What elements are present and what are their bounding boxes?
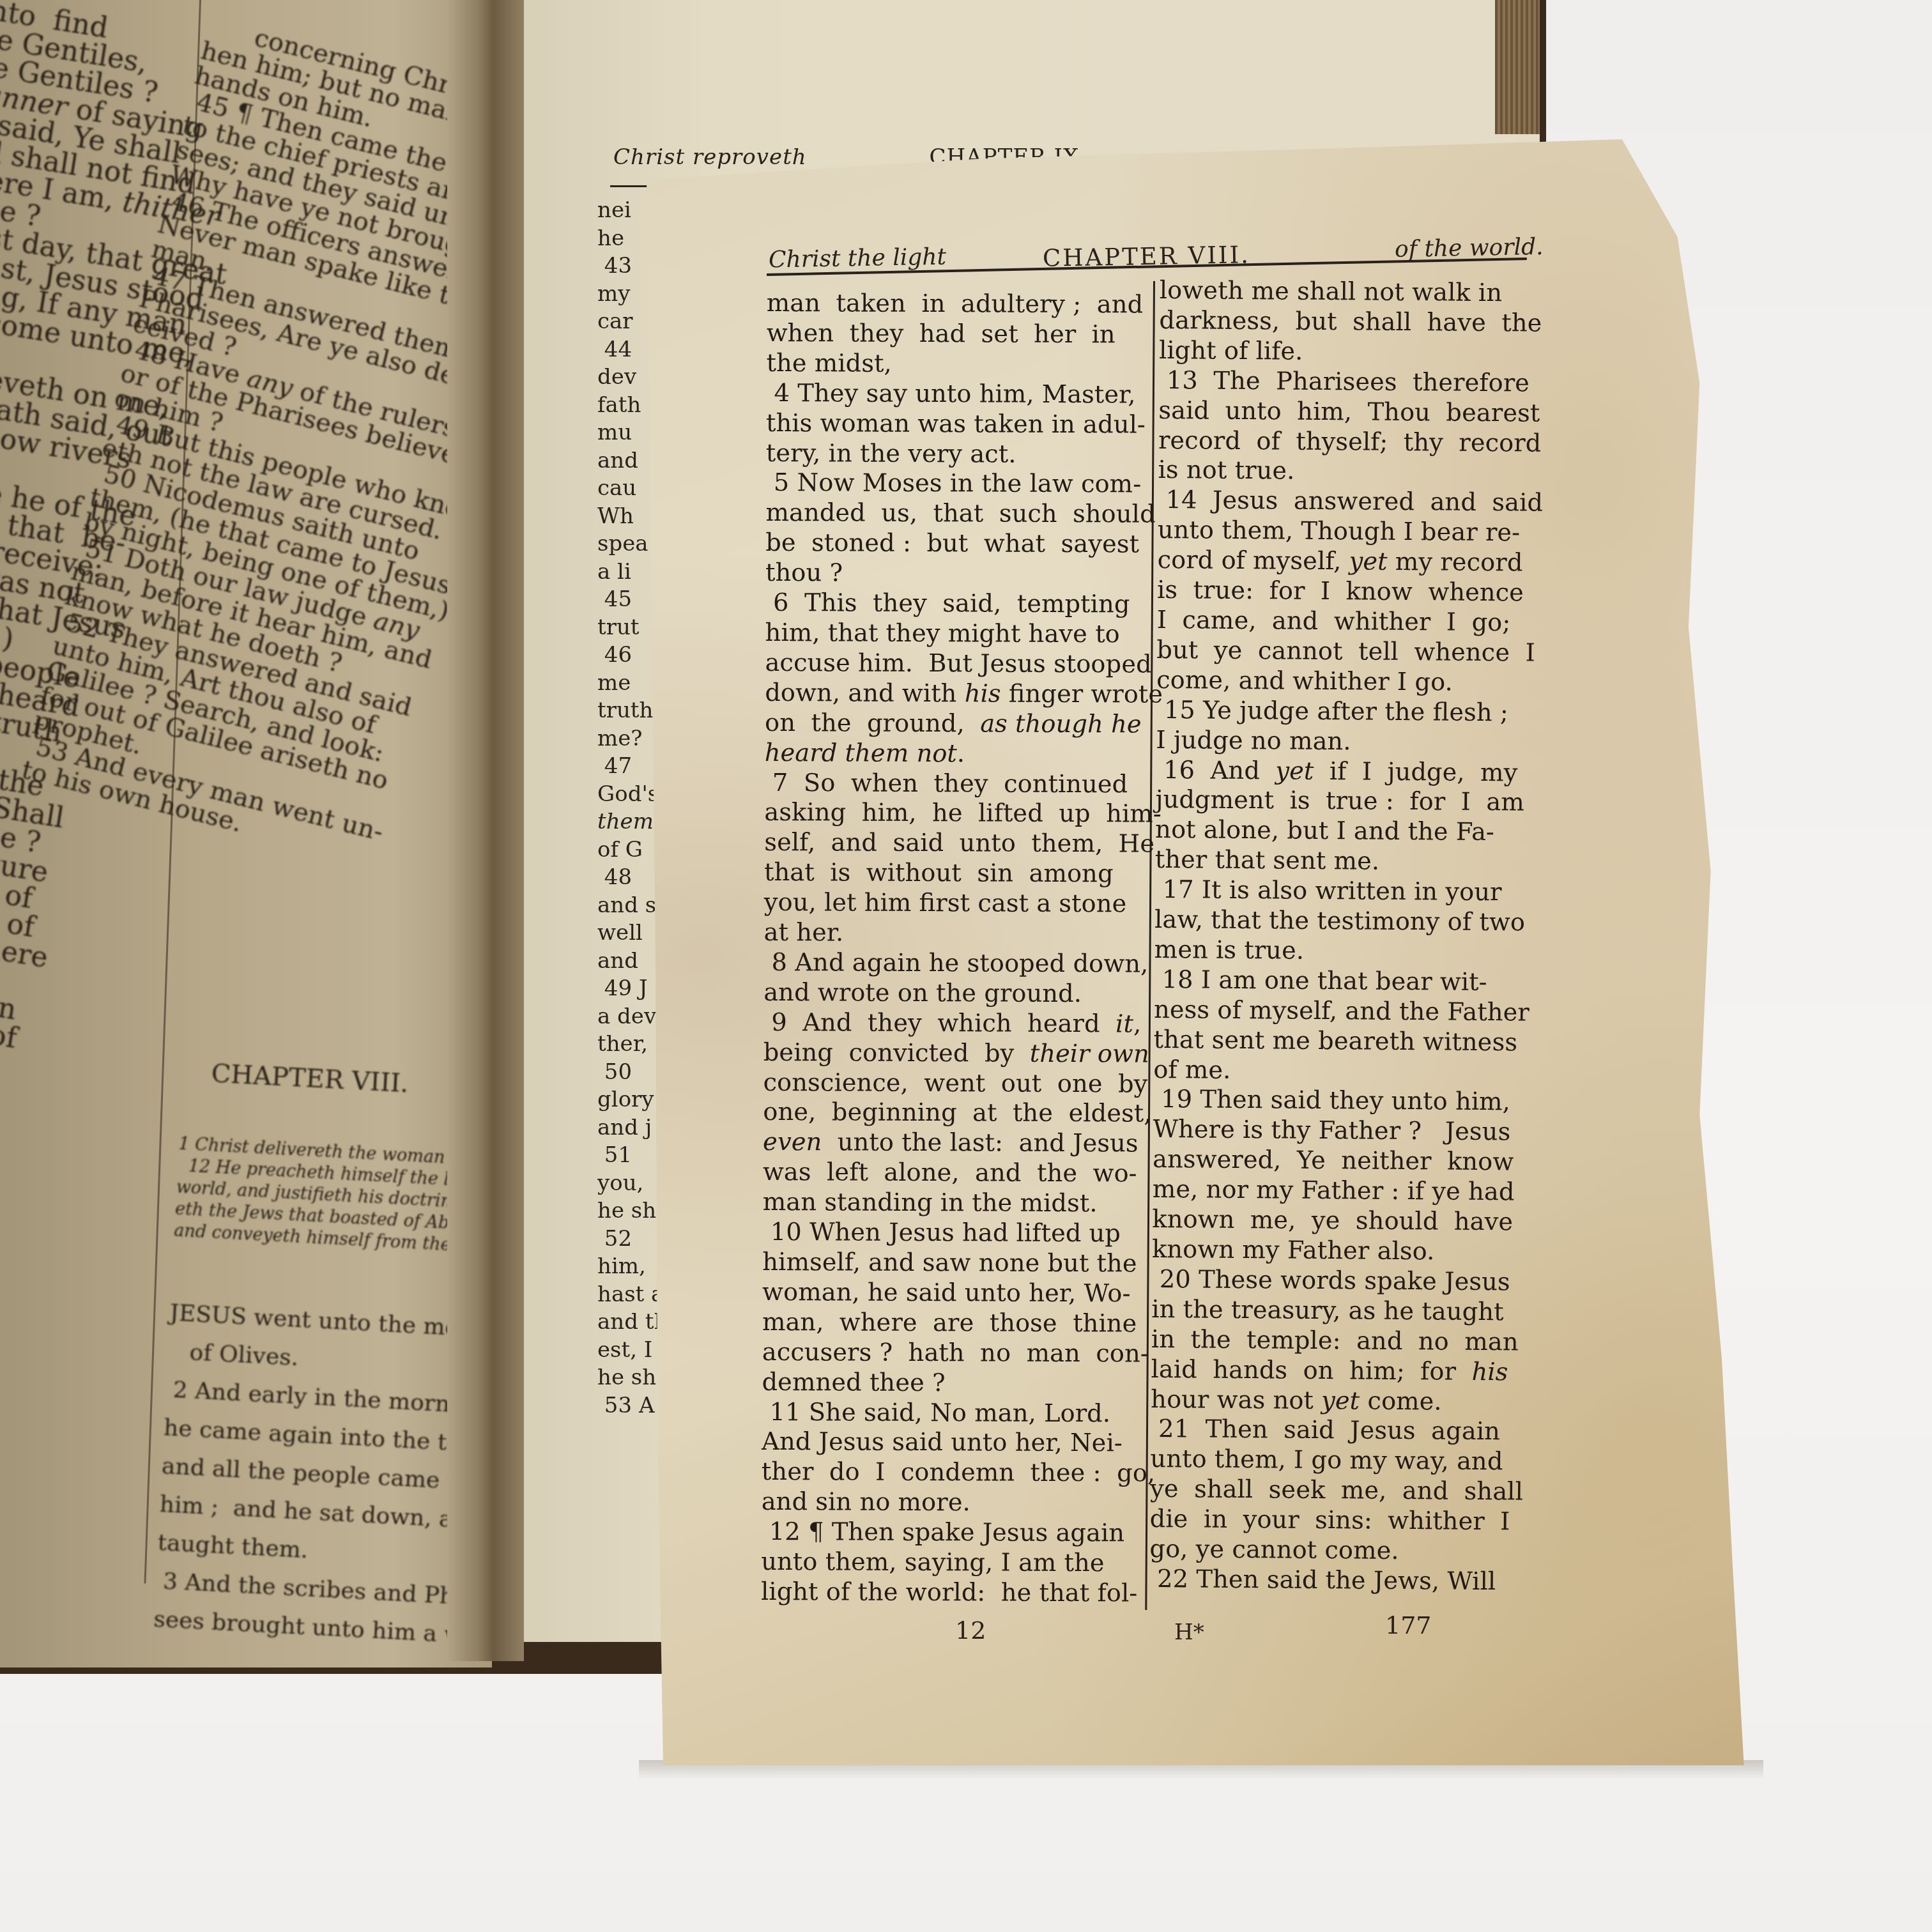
text-line: Where is thy Father ? Jesus (1153, 1115, 1538, 1148)
text-line: hast a (597, 1281, 658, 1309)
text-line: of G (597, 836, 658, 864)
text-line: cau (597, 475, 658, 503)
text-line: 22 Then said the Jews, Will (1149, 1565, 1535, 1598)
text-line: 11 She said, No man, Lord. (762, 1398, 1160, 1430)
leaf-right-column: loweth me shall not walk indarkness, but… (1149, 276, 1545, 1598)
text-line: conscience, went out one by (763, 1068, 1161, 1100)
text-line: you, (597, 1170, 658, 1198)
text-line: accusers ? hath no man con- (762, 1338, 1160, 1370)
text-line: man standing in the midst. (763, 1188, 1161, 1220)
text-line: cord of myself, yet my record (1157, 546, 1542, 579)
text-line: me (597, 670, 658, 698)
text-line: law, that the testimony of two (1154, 905, 1540, 939)
text-line: God's (597, 781, 658, 809)
text-line: was left alone, and the wo- (763, 1158, 1161, 1190)
text-line: And Jesus said unto her, Nei- (762, 1427, 1160, 1459)
text-line: mu (597, 419, 658, 447)
text-line: light of the world: he that fol- (761, 1577, 1159, 1609)
text-line: trut (597, 614, 658, 642)
text-line: 4 They say unto him, Master, (766, 379, 1164, 411)
text-line: down, and with his finger wrote (765, 678, 1163, 710)
text-line: light of life. (1159, 336, 1544, 369)
text-line: them (597, 808, 658, 836)
text-line: 10 When Jesus had lifted up (762, 1218, 1160, 1250)
text-line: 7 So when they continued (765, 768, 1163, 800)
text-line: in the temple: and no man (1151, 1325, 1537, 1358)
text-line: glory (597, 1086, 658, 1114)
text-line: him, that they might have to (765, 618, 1163, 650)
text-line: truth (597, 697, 658, 725)
text-line: and (597, 947, 658, 976)
chapter-summary: 1 Christ delivereth the woman taken in a… (173, 1133, 434, 1255)
signature-number: 12 (955, 1616, 986, 1644)
text-line: and th (597, 1308, 658, 1337)
text-line: of me. (1153, 1055, 1538, 1089)
page-number: 177 (1385, 1611, 1432, 1639)
text-line: self, and said unto them, He (764, 828, 1162, 860)
text-line: he sh (597, 1197, 658, 1225)
text-line: men is true. (1154, 935, 1540, 969)
text-line: man taken in adultery ; and (767, 289, 1165, 321)
text-line: 53 A (597, 1392, 658, 1420)
text-line: unto them, I go my way, and (1150, 1445, 1535, 1478)
text-line: unto them, Though I bear re- (1158, 516, 1543, 549)
text-line: 16 And yet if I judge, my (1156, 755, 1541, 788)
text-line: darkness, but shall have the (1159, 306, 1544, 339)
text-line: heard them not. (765, 739, 1163, 770)
text-line: I judge no man. (1156, 726, 1541, 759)
text-line: 6 This they said, tempting (765, 588, 1163, 620)
text-line: at her. (763, 918, 1161, 950)
text-line: is true: for I know whence (1157, 576, 1542, 609)
text-line: 15 Ye judge after the flesh ; (1156, 696, 1541, 729)
text-line: 13 The Pharisees therefore (1159, 366, 1544, 399)
text-line: record of thyself; thy record (1158, 426, 1544, 459)
text-line: man, where are those thine (762, 1308, 1160, 1340)
text-line: 48 (597, 864, 658, 892)
running-head-left: Christ reproveth (613, 144, 807, 170)
text-line: 49 J (597, 975, 658, 1003)
text-line: and sin no more. (762, 1487, 1160, 1519)
text-line: ness of myself, and the Father (1154, 995, 1539, 1029)
text-line: 20 These words spake Jesus (1151, 1265, 1537, 1298)
text-line: in the treasury, as he taught (1151, 1295, 1537, 1328)
text-line: ther, (597, 1031, 658, 1059)
signature-mark: H* (1174, 1620, 1204, 1645)
text-line: loweth me shall not walk in (1160, 276, 1545, 309)
text-line: tery, in the very act. (766, 439, 1164, 471)
text-line: 47 (597, 753, 658, 781)
text-line: thou ? (765, 558, 1163, 590)
book-gutter (447, 0, 524, 1661)
text-line: even unto the last: and Jesus (763, 1128, 1161, 1160)
text-line: and wrote on the ground. (763, 978, 1161, 1010)
text-line: ye shall seek me, and shall (1150, 1475, 1535, 1508)
text-line: ther do I condemn thee : go, (762, 1457, 1160, 1489)
text-line: himself, and saw none but the (762, 1248, 1160, 1280)
text-line: you, let him first cast a stone (764, 888, 1162, 920)
chapter-heading: CHAPTER VIII. (181, 1059, 438, 1098)
text-line: when they had set her in (767, 319, 1165, 351)
text-line: I came, and whither I go; (1157, 606, 1542, 639)
text-line: known my Father also. (1152, 1235, 1537, 1268)
text-line: he sh (597, 1364, 658, 1392)
text-line: 46 (597, 641, 658, 670)
text-line: said unto him, Thou bearest (1158, 396, 1544, 429)
text-line: well (597, 919, 658, 947)
text-line: 52 (597, 1225, 658, 1253)
text-line: hour was not yet come. (1151, 1384, 1536, 1418)
text-line: and j (597, 1114, 658, 1142)
text-line: die in your sins: whither I (1150, 1505, 1535, 1538)
book-left-page: unto findthe Gentiles,the Gentiles ?mann… (0, 0, 492, 1667)
chapter-viii-intro: CHAPTER VIII. 1 Christ delivereth the wo… (150, 1016, 440, 1667)
text-line: the midst, (766, 349, 1164, 381)
text-line: me, nor my Father : if ye had (1153, 1175, 1538, 1208)
text-line: Wh (597, 503, 658, 531)
text-line: a li (597, 558, 658, 586)
text-line: this woman was taken in adul- (766, 409, 1164, 441)
text-line: me? (597, 725, 658, 753)
text-line: 17 It is also written in your (1154, 875, 1540, 908)
text-line: woman, he said unto her, Wo- (762, 1278, 1160, 1310)
text-line: 45 (597, 586, 658, 614)
text-line: be stoned : but what sayest (765, 528, 1163, 560)
text-line: 12 ¶ Then spake Jesus again (761, 1517, 1159, 1549)
text-line: 18 I am one that bear wit- (1154, 965, 1539, 999)
text-line: is not true. (1158, 456, 1543, 489)
text-line: 50 (597, 1059, 658, 1087)
text-line: demned thee ? (762, 1368, 1160, 1400)
text-line: that sent me beareth witness (1153, 1025, 1538, 1059)
text-line: not alone, but I and the Fa- (1155, 815, 1540, 848)
text-line: spea (597, 530, 658, 558)
text-line: fath (597, 392, 658, 420)
text-line: known me, ye should have (1152, 1205, 1537, 1238)
text-line: go, ye cannot come. (1149, 1535, 1535, 1568)
text-line: accuse him. But Jesus stooped (765, 648, 1163, 680)
book-page-edges (1495, 0, 1540, 134)
text-line: and (597, 447, 658, 475)
text-line: one, beginning at the eldest, (763, 1098, 1161, 1130)
text-line: on the ground, as though he (765, 709, 1163, 740)
text-line: a dev (597, 1003, 658, 1031)
text-line: 5 Now Moses in the law com- (766, 468, 1164, 500)
text-line: 21 Then said Jesus again (1151, 1414, 1536, 1448)
leaf-left-column: man taken in adultery ; andwhen they had… (761, 289, 1165, 1609)
text-line: judgment is true : for I am (1155, 785, 1540, 818)
text-line: 51 (597, 1142, 658, 1170)
text-line: 19 Then said they unto him, (1153, 1085, 1538, 1118)
text-line: but ye cannot tell whence I (1156, 636, 1542, 669)
text-line: answered, Ye neither know (1153, 1145, 1538, 1178)
text-line: est, I (597, 1337, 658, 1365)
text-line: come, and whither I go. (1156, 666, 1542, 699)
text-line: that is without sin among (764, 858, 1162, 890)
text-line: unto them, saying, I am the (761, 1547, 1159, 1579)
text-line: 8 And again he stooped down, (763, 948, 1161, 980)
running-head-left: Christ the light (769, 244, 947, 273)
text-line: manded us, that such should (765, 498, 1163, 530)
text-line: and s (597, 892, 658, 920)
chapter-opening-verses: JESUS went unto the mount of Olives. 2 A… (153, 1294, 426, 1652)
text-line: ther that sent me. (1155, 845, 1540, 878)
text-line: asking him, he lifted up him- (764, 798, 1162, 830)
text-line: him, (597, 1253, 658, 1281)
text-line: being convicted by their own (763, 1038, 1161, 1070)
text-line: 9 And they which heard it, (763, 1008, 1161, 1040)
text-line: laid hands on him; for his (1151, 1355, 1536, 1388)
text-line: 14 Jesus answered and said (1158, 486, 1543, 519)
